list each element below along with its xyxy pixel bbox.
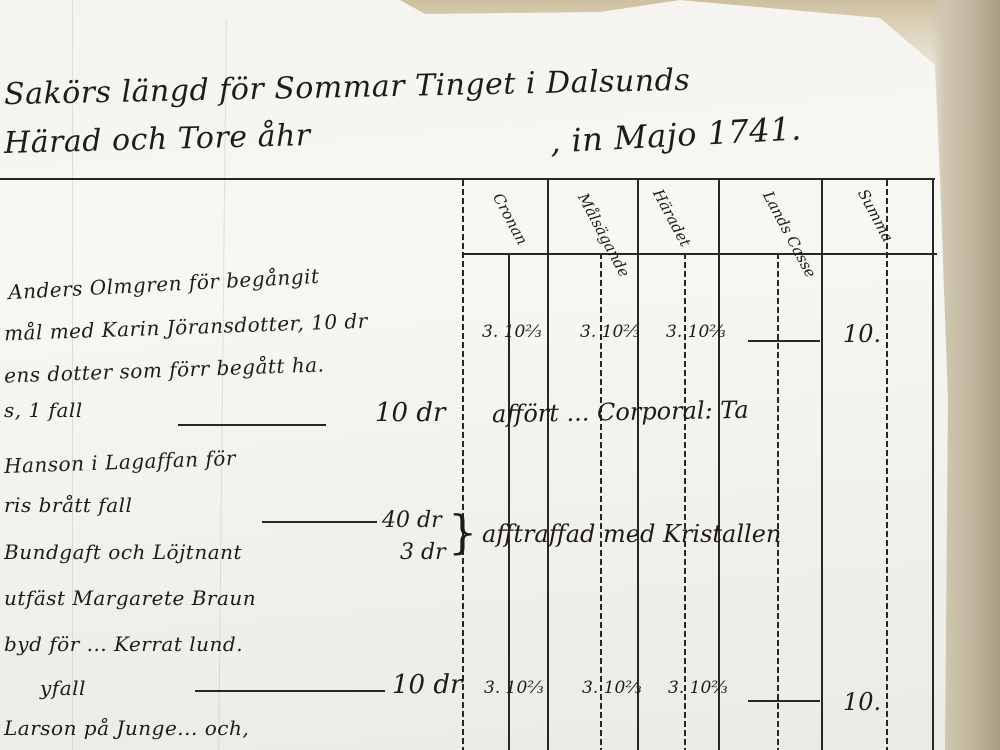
- entry-2-amount-2: 3 dr: [400, 540, 446, 565]
- entry-1-line-3: ens dotter som förr begått ha.: [4, 352, 325, 387]
- column-header-malsagande: Målsägande: [574, 190, 633, 280]
- entry-1-amount: 10 dr: [375, 398, 445, 428]
- entry-1-col-1: 3. 10⅔: [482, 322, 542, 342]
- entry-1-col-2: 3. 10⅔: [580, 322, 640, 342]
- entry-3-col-5: 10.: [843, 688, 881, 716]
- column-divider: [932, 180, 934, 750]
- entry-2-line-5: byd för ... Kerrat lund.: [4, 632, 243, 656]
- entry-2-line-2: ris brått fall: [4, 493, 132, 517]
- entry-3-line-2: Larson på Junge... och,: [4, 716, 249, 740]
- column-divider: [637, 180, 639, 750]
- column-header-rule: [462, 253, 937, 255]
- ledger-sheet: Sakörs längd för Sommar Tinget i Dalsund…: [0, 0, 950, 750]
- filler-line: [262, 521, 377, 523]
- document-title-line-2: Härad och Tore åhr: [4, 118, 311, 161]
- column-header-lands-cassa: Lands Casse: [759, 188, 820, 281]
- entry-1-col-4-dash: [748, 340, 820, 342]
- filler-line: [195, 690, 385, 692]
- entry-2-line-3: Bundgaft och Löjtnant: [4, 540, 242, 564]
- document-title-line-1: Sakörs längd för Sommar Tinget i Dalsund…: [4, 63, 691, 112]
- entry-3-col-3: 3. 10⅔: [668, 678, 728, 698]
- entry-2-line-1: Hanson i Lagaffan för: [4, 446, 237, 478]
- filler-line: [178, 424, 326, 426]
- entry-3-col-1: 3. 10⅔: [484, 678, 544, 698]
- header-rule: [0, 178, 935, 180]
- entry-1-col-3: 3. 10⅔: [666, 322, 726, 342]
- column-header-haradet: Häradet: [649, 186, 694, 250]
- column-divider: [777, 253, 779, 750]
- column-divider: [547, 180, 549, 750]
- entry-2-line-4: utfäst Margarete Braun: [4, 586, 256, 610]
- entry-2-amount-1: 40 dr: [382, 508, 442, 533]
- entry-3-amount: 10 dr: [392, 670, 462, 700]
- entry-1-line-2: mål med Karin Jöransdotter, 10 dr: [4, 309, 368, 346]
- entry-1-line-1: Anders Olmgren för begångit: [8, 264, 321, 304]
- document-date: , in Majo 1741.: [549, 109, 802, 160]
- column-divider: [821, 180, 823, 750]
- column-divider: [462, 180, 464, 750]
- column-divider: [718, 180, 720, 750]
- column-divider: [886, 180, 888, 750]
- column-header-konungen: Cronan: [489, 190, 531, 248]
- entry-3-col-4-dash: [748, 700, 820, 702]
- entry-3-line-1: yfall: [40, 676, 86, 700]
- entry-1-col-5: 10.: [843, 320, 881, 348]
- entry-1-note: affört ... Corporal: Ta: [492, 396, 749, 428]
- entry-3-col-2: 3. 10⅔: [582, 678, 642, 698]
- entry-1-line-4: s, 1 fall: [4, 398, 83, 422]
- entry-2-note: afftraffad med Kristallen: [482, 520, 781, 548]
- column-header-summa: Summa: [854, 186, 897, 245]
- brace: }: [448, 505, 477, 559]
